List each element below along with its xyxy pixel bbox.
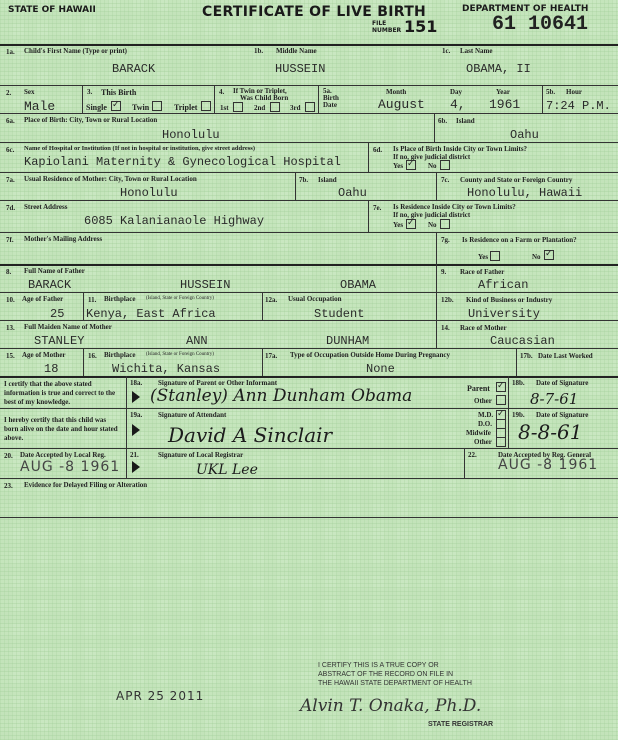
field-7e-label-2: If no, give judicial district bbox=[393, 211, 470, 219]
date-accepted-local: AUG -8 1961 bbox=[20, 459, 120, 475]
field-7e-number: 7e. bbox=[373, 204, 381, 212]
row-10-divider bbox=[0, 320, 618, 321]
field-1a-label: Child's First Name (Type or print) bbox=[24, 47, 127, 55]
field-19a-number: 19a. bbox=[130, 411, 142, 419]
row-2-divider bbox=[0, 113, 618, 114]
field-12b-label: Kind of Business or Industry bbox=[466, 296, 552, 304]
row-8-divider bbox=[0, 292, 618, 293]
divider bbox=[516, 348, 517, 376]
field-1a-value: BARACK bbox=[112, 62, 155, 76]
date-accepted-general: AUG -8 1961 bbox=[498, 457, 598, 473]
month-label: Month bbox=[386, 88, 406, 96]
field-7g-yes-label: Yes bbox=[478, 253, 488, 261]
second-checkbox[interactable] bbox=[270, 102, 280, 112]
field-17b-number: 17b. bbox=[520, 352, 533, 360]
divider bbox=[126, 448, 127, 478]
divider bbox=[508, 376, 509, 448]
field-1b-value: HUSSEIN bbox=[275, 62, 325, 76]
field-15-label: Age of Mother bbox=[22, 351, 66, 359]
field-6a-value: Honolulu bbox=[162, 128, 220, 142]
field-6c-value: Kapiolani Maternity & Gynecological Hosp… bbox=[24, 155, 341, 169]
field-16-label: Birthplace bbox=[104, 351, 136, 359]
issue-date: APR 25 2011 bbox=[116, 689, 204, 703]
state-label: STATE OF HAWAII bbox=[8, 5, 96, 15]
informant-signature: (Stanley) Ann Dunham Obama bbox=[150, 386, 412, 406]
field-1c-value: OBAMA, II bbox=[466, 62, 531, 76]
field-5b-label: Hour bbox=[566, 88, 582, 96]
father-last-name: OBAMA bbox=[340, 278, 376, 292]
file-number-label-2: NUMBER bbox=[372, 28, 401, 34]
field-7g-label: Is Residence on a Farm or Plantation? bbox=[462, 236, 577, 244]
birth-year: 1961 bbox=[489, 97, 520, 112]
divider bbox=[368, 142, 369, 172]
field-7c-value: Honolulu, Hawaii bbox=[467, 186, 582, 200]
field-14-number: 14. bbox=[441, 324, 450, 332]
second-label: 2nd bbox=[254, 104, 265, 112]
field-9-value: African bbox=[478, 278, 528, 292]
field-17a-value: None bbox=[366, 362, 395, 376]
field-12a-number: 12a. bbox=[265, 296, 277, 304]
field-5b-number: 5b. bbox=[546, 88, 555, 96]
divider bbox=[214, 85, 215, 113]
arrow-21-icon bbox=[132, 461, 140, 473]
field-6b-value: Oahu bbox=[510, 128, 539, 142]
field-7g-no-label: No bbox=[532, 253, 541, 261]
field-12a-label: Usual Occupation bbox=[288, 295, 341, 303]
day-label: Day bbox=[450, 88, 462, 96]
header-rule bbox=[0, 44, 618, 46]
do-label: D.O. bbox=[478, 420, 492, 428]
field-11-label-small: (Island, State or Foreign Country) bbox=[146, 296, 214, 301]
field-7d-label: Street Address bbox=[24, 203, 68, 211]
divider bbox=[542, 85, 543, 113]
field-5a-label-2: Date bbox=[323, 101, 337, 109]
divider bbox=[436, 172, 437, 200]
divider bbox=[262, 292, 263, 320]
divider bbox=[436, 292, 437, 320]
field-14-label: Race of Mother bbox=[460, 324, 507, 332]
birth-hour: 7:24 P.M. bbox=[546, 99, 611, 113]
field-7g-number: 7g. bbox=[441, 236, 450, 244]
field-10-label: Age of Father bbox=[22, 295, 63, 303]
field-12b-value: University bbox=[468, 307, 540, 321]
attendant-signature-date: 8-8-61 bbox=[518, 420, 582, 444]
attendant-signature: David A Sinclair bbox=[168, 423, 332, 447]
field-7e-label-1: Is Residence Inside City or Town Limits? bbox=[393, 203, 516, 211]
field-18b-number: 18b. bbox=[512, 379, 525, 387]
local-registrar-signature: UKL Lee bbox=[196, 462, 258, 478]
row-7f-divider bbox=[0, 264, 618, 266]
field-23-label: Evidence for Delayed Filing or Alteratio… bbox=[24, 481, 147, 489]
field-7g-yes-checkbox[interactable] bbox=[490, 251, 500, 261]
field-9-number: 9. bbox=[441, 268, 446, 276]
divider bbox=[262, 348, 263, 376]
row-6c-divider bbox=[0, 172, 618, 173]
field-4-number: 4. bbox=[219, 88, 224, 96]
field-1c-number: 1c. bbox=[442, 47, 450, 55]
field-2-label: Sex bbox=[24, 88, 35, 96]
field-13-label: Full Maiden Name of Mother bbox=[24, 323, 112, 331]
divider bbox=[82, 85, 83, 113]
field-13-number: 13. bbox=[6, 324, 15, 332]
midwife-label: Midwife bbox=[466, 429, 491, 437]
field-11-value: Kenya, East Africa bbox=[86, 307, 216, 321]
arrow-19a-icon bbox=[132, 424, 140, 436]
twin-checkbox[interactable] bbox=[152, 101, 162, 111]
field-12a-value: Student bbox=[314, 307, 364, 321]
other-attendant-label: Other bbox=[474, 438, 492, 446]
field-7e-yes-checkbox[interactable] bbox=[406, 219, 416, 229]
mother-middle-name: ANN bbox=[186, 334, 208, 348]
field-18a-number: 18a. bbox=[130, 379, 142, 387]
field-23-number: 23. bbox=[4, 482, 13, 490]
field-15-number: 15. bbox=[6, 352, 15, 360]
certificate-number: 61 10641 bbox=[492, 13, 588, 36]
field-6d-label-1: Is Place of Birth Inside City or Town Li… bbox=[393, 145, 527, 153]
attendant-certification: I hereby certify that this child was bor… bbox=[4, 416, 122, 443]
triplet-label: Triplet bbox=[174, 103, 197, 112]
field-6d-label-2: If no, give judicial district bbox=[393, 153, 470, 161]
year-label: Year bbox=[496, 88, 510, 96]
field-15-value: 18 bbox=[44, 362, 58, 376]
field-6a-number: 6a. bbox=[6, 117, 15, 125]
row-13-divider bbox=[0, 348, 618, 349]
divider bbox=[83, 292, 84, 320]
row-7a-divider bbox=[0, 200, 618, 201]
field-8-label: Full Name of Father bbox=[24, 267, 85, 275]
field-7a-label: Usual Residence of Mother: City, Town or… bbox=[24, 175, 197, 183]
file-number: 151 bbox=[404, 17, 437, 36]
other-informant-label: Other bbox=[474, 397, 492, 405]
field-2-number: 2. bbox=[6, 89, 11, 97]
third-checkbox[interactable] bbox=[305, 102, 315, 112]
divider bbox=[83, 348, 84, 376]
field-3-number: 3. bbox=[87, 88, 92, 96]
field-20-number: 20. bbox=[4, 452, 13, 460]
informant-certification: I certify that the above stated informat… bbox=[4, 380, 122, 407]
form-bottom-rule bbox=[0, 517, 618, 518]
first-label: 1st bbox=[220, 104, 229, 112]
field-6d-no-checkbox[interactable] bbox=[440, 160, 450, 170]
field-6d-number: 6d. bbox=[373, 146, 382, 154]
field-18b-label: Date of Signature bbox=[536, 379, 588, 387]
field-7e-no-label: No bbox=[428, 221, 437, 229]
field-4-label-2: Was Child Born bbox=[240, 94, 288, 102]
field-21-number: 21. bbox=[130, 451, 139, 459]
certification-line-2: ABSTRACT OF THE RECORD ON FILE IN bbox=[318, 670, 453, 679]
divider bbox=[295, 172, 296, 200]
birth-day: 4, bbox=[450, 97, 466, 112]
divider bbox=[464, 448, 465, 478]
field-7f-label: Mother's Mailing Address bbox=[24, 235, 102, 243]
divider bbox=[318, 85, 319, 113]
field-11-label: Birthplace bbox=[104, 295, 136, 303]
field-7a-value: Honolulu bbox=[120, 186, 178, 200]
field-7b-number: 7b. bbox=[299, 176, 308, 184]
single-label: Single bbox=[86, 103, 107, 112]
field-6a-label: Place of Birth: City, Town or Rural Loca… bbox=[24, 116, 157, 124]
field-21-label: Signature of Local Registrar bbox=[158, 451, 243, 459]
single-checkbox[interactable] bbox=[111, 101, 121, 111]
field-20-label: Date Accepted by Local Reg. bbox=[20, 451, 106, 459]
divider bbox=[436, 264, 437, 292]
document-title: CERTIFICATE OF LIVE BIRTH bbox=[202, 4, 426, 20]
certification-line-3: THE HAWAII STATE DEPARTMENT OF HEALTH bbox=[318, 679, 472, 688]
row-1-divider bbox=[0, 85, 618, 86]
field-17a-number: 17a. bbox=[265, 352, 277, 360]
field-7f-number: 7f. bbox=[6, 236, 14, 244]
field-7e-no-checkbox[interactable] bbox=[440, 219, 450, 229]
divider bbox=[436, 320, 437, 348]
row-7d-divider bbox=[0, 232, 618, 233]
field-6b-number: 6b. bbox=[438, 117, 447, 125]
divider bbox=[434, 113, 435, 142]
row-6a-divider bbox=[0, 142, 618, 143]
field-7d-value: 6085 Kalanianaole Highway bbox=[84, 214, 264, 228]
row-19-divider bbox=[0, 448, 618, 449]
mother-last-name: DUNHAM bbox=[326, 334, 369, 348]
mother-first-name: STANLEY bbox=[34, 334, 84, 348]
field-17a-label: Type of Occupation Outside Home During P… bbox=[290, 351, 450, 359]
field-7e-yes-label: Yes bbox=[393, 221, 403, 229]
divider bbox=[436, 232, 437, 264]
field-1a-number: 1a. bbox=[6, 48, 15, 56]
field-7a-number: 7a. bbox=[6, 176, 15, 184]
twin-label: Twin bbox=[132, 103, 149, 112]
row-18-divider bbox=[0, 408, 618, 409]
first-checkbox[interactable] bbox=[233, 102, 243, 112]
state-registrar-signature: Alvin T. Onaka, Ph.D. bbox=[300, 696, 481, 716]
birth-month: August bbox=[378, 97, 425, 112]
field-6c-number: 6c. bbox=[6, 146, 14, 154]
field-7c-label: County and State or Foreign Country bbox=[460, 176, 572, 184]
field-19b-label: Date of Signature bbox=[536, 411, 588, 419]
field-8-number: 8. bbox=[6, 268, 11, 276]
md-label: M.D. bbox=[478, 411, 493, 419]
field-7g-no-checkbox[interactable] bbox=[544, 250, 554, 260]
field-10-value: 25 bbox=[50, 307, 64, 321]
row-15-divider bbox=[0, 376, 618, 378]
parent-label: Parent bbox=[467, 384, 490, 393]
parent-checkbox[interactable] bbox=[496, 382, 506, 392]
field-1c-label: Last Name bbox=[460, 47, 492, 55]
field-6b-label: Island bbox=[456, 117, 475, 125]
field-6d-yes-label: Yes bbox=[393, 162, 403, 170]
field-16-value: Wichita, Kansas bbox=[112, 362, 220, 376]
field-3-label: This Birth bbox=[101, 88, 136, 97]
field-12b-number: 12b. bbox=[441, 296, 454, 304]
father-first-name: BARACK bbox=[28, 278, 71, 292]
divider bbox=[126, 376, 127, 448]
field-7b-value: Oahu bbox=[338, 186, 367, 200]
field-10-number: 10. bbox=[6, 296, 15, 304]
row-20-divider bbox=[0, 478, 618, 479]
field-19b-number: 19b. bbox=[512, 411, 525, 419]
field-17b-label: Date Last Worked bbox=[538, 352, 593, 360]
other-informant-checkbox[interactable] bbox=[496, 395, 506, 405]
field-1b-number: 1b. bbox=[254, 47, 263, 55]
other-attendant-checkbox[interactable] bbox=[496, 437, 506, 447]
field-2-value: Male bbox=[24, 99, 55, 114]
certification-line-1: I CERTIFY THIS IS A TRUE COPY OR bbox=[318, 661, 439, 670]
field-6c-label: Name of Hospital or Institution (If not … bbox=[24, 145, 255, 152]
field-7d-number: 7d. bbox=[6, 204, 15, 212]
field-14-value: Caucasian bbox=[490, 334, 555, 348]
third-label: 3rd bbox=[290, 104, 301, 112]
field-22-number: 22. bbox=[468, 451, 477, 459]
field-6d-no-label: No bbox=[428, 162, 437, 170]
field-16-number: 16. bbox=[88, 352, 97, 360]
field-16-label-small: (Island, State or Foreign Country) bbox=[146, 352, 214, 357]
arrow-18a-icon bbox=[132, 391, 140, 403]
divider bbox=[368, 200, 369, 232]
field-19a-label: Signature of Attendant bbox=[158, 411, 226, 419]
field-6d-yes-checkbox[interactable] bbox=[406, 160, 416, 170]
field-7c-number: 7c. bbox=[441, 176, 449, 184]
field-9-label: Race of Father bbox=[460, 268, 504, 276]
state-registrar-title: STATE REGISTRAR bbox=[428, 720, 493, 729]
field-11-number: 11. bbox=[88, 296, 96, 304]
triplet-checkbox[interactable] bbox=[201, 101, 211, 111]
field-7b-label: Island bbox=[318, 176, 337, 184]
field-1b-label: Middle Name bbox=[276, 47, 317, 55]
father-middle-name: HUSSEIN bbox=[180, 278, 230, 292]
informant-signature-date: 8-7-61 bbox=[530, 390, 578, 408]
